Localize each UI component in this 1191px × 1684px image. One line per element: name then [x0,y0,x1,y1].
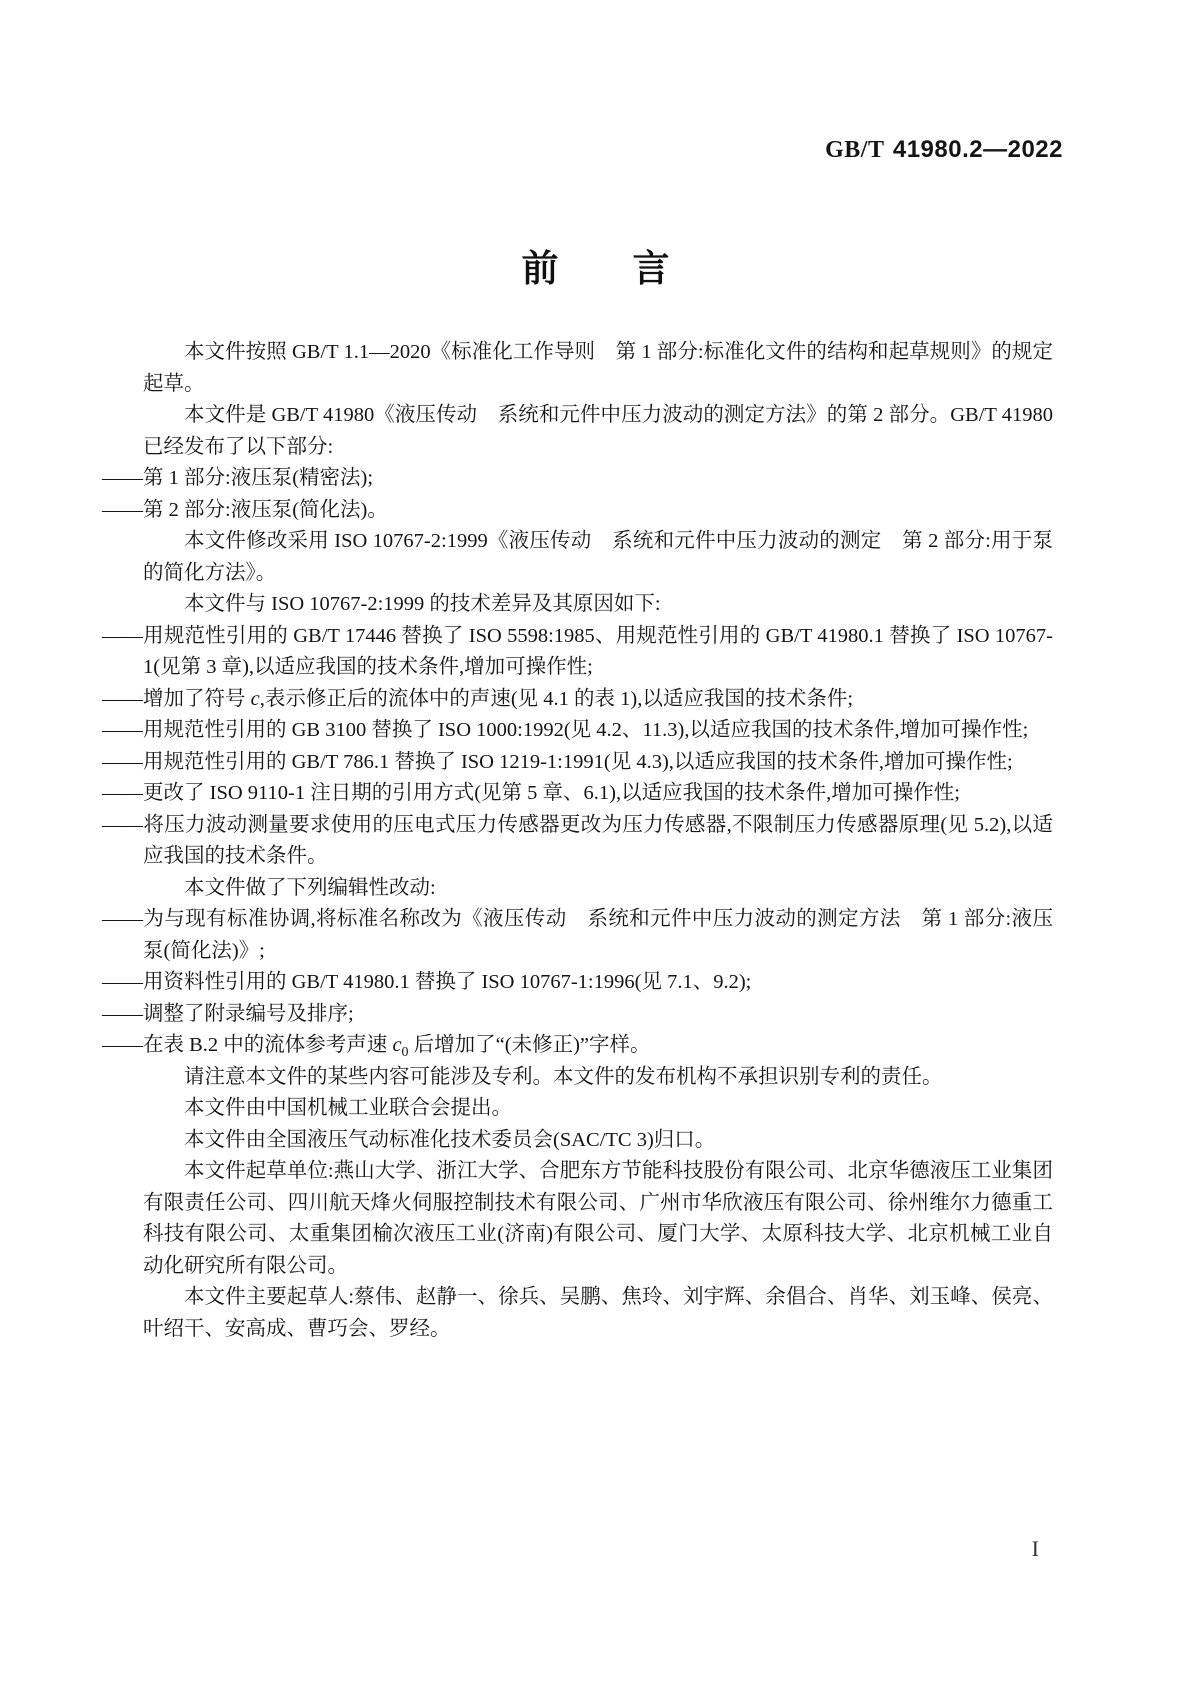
list-item-difference-6: ——将压力波动测量要求使用的压电式压力传感器更改为压力传感器,不限制压力传感器原… [143,810,1053,873]
page-number: I [1032,1536,1039,1562]
dash-marker: —— [102,999,143,1031]
list-item-text: 为与现有标准协调,将标准名称改为《液压传动 系统和元件中压力波动的测定方法 第 … [143,908,1053,962]
list-item-editorial-4: ——在表 B.2 中的流体参考声速 c0 后增加了“(未修正)”字样。 [143,1030,1053,1062]
paragraph-centralized-by: 本文件由全国液压气动标准化技术委员会(SAC/TC 3)归口。 [143,1125,1053,1157]
dash-marker: —— [102,747,143,779]
dash-marker: —— [102,684,143,716]
list-item-editorial-2: ——用资料性引用的 GB/T 41980.1 替换了 ISO 10767-1:1… [143,967,1053,999]
standard-code-number: 41980.2—2022 [893,136,1063,163]
paragraph-iso-adoption: 本文件修改采用 ISO 10767-2:1999《液压传动 系统和元件中压力波动… [143,526,1053,589]
list-item-published-part-1: ——第 1 部分:液压泵(精密法); [143,463,1053,495]
list-item-difference-4: ——用规范性引用的 GB/T 786.1 替换了 ISO 1219-1:1991… [143,747,1053,779]
dash-marker: —— [102,1030,143,1062]
list-item-text: 用资料性引用的 GB/T 41980.1 替换了 ISO 10767-1:199… [143,971,751,993]
dash-marker: —— [102,495,143,527]
list-item-text: 第 2 部分:液压泵(简化法)。 [143,499,388,521]
page-title: 前 言 [0,238,1191,292]
list-item-difference-1: ——用规范性引用的 GB/T 17446 替换了 ISO 5598:1985、用… [143,621,1053,684]
list-item-text: ,表示修正后的流体中的声速(见 4.1 的表 1),以适应我国的技术条件; [260,688,853,710]
dash-marker: —— [102,715,143,747]
list-item-text: 用规范性引用的 GB/T 786.1 替换了 ISO 1219-1:1991(见… [143,751,1013,773]
list-item-text: 增加了符号 [143,688,251,710]
list-item-editorial-3: ——调整了附录编号及排序; [143,999,1053,1031]
dash-marker: —— [102,778,143,810]
symbol-c0: c [392,1034,401,1056]
document-page: GB/T41980.2—2022 前 言 本文件按照 GB/T 1.1—2020… [0,0,1191,1684]
list-item-difference-3: ——用规范性引用的 GB 3100 替换了 ISO 1000:1992(见 4.… [143,715,1053,747]
paragraph-patent-notice: 请注意本文件的某些内容可能涉及专利。本文件的发布机构不承担识别专利的责任。 [143,1062,1053,1094]
list-item-difference-2: ——增加了符号 c,表示修正后的流体中的声速(见 4.1 的表 1),以适应我国… [143,684,1053,716]
dash-marker: —— [102,967,143,999]
symbol-c: c [251,688,260,710]
symbol-c0-subscript: 0 [402,1045,409,1060]
paragraph-editorial-intro: 本文件做了下列编辑性改动: [143,873,1053,905]
list-item-text: 后增加了“(未修正)”字样。 [409,1034,651,1056]
list-item-text: 将压力波动测量要求使用的压电式压力传感器更改为压力传感器,不限制压力传感器原理(… [143,814,1053,868]
paragraph-differences-intro: 本文件与 ISO 10767-2:1999 的技术差异及其原因如下: [143,589,1053,621]
paragraph-drafting-basis: 本文件按照 GB/T 1.1—2020《标准化工作导则 第 1 部分:标准化文件… [143,337,1053,400]
list-item-text: 第 1 部分:液压泵(精密法); [143,467,373,489]
list-item-text: 更改了 ISO 9110-1 注日期的引用方式(见第 5 章、6.1),以适应我… [143,782,960,804]
list-item-text: 在表 B.2 中的流体参考声速 [143,1034,392,1056]
dash-marker: —— [102,810,143,842]
paragraph-chief-drafters: 本文件主要起草人:蔡伟、赵静一、徐兵、吴鹏、焦玲、刘宇辉、余倡合、肖华、刘玉峰、… [143,1282,1053,1345]
list-item-text: 用规范性引用的 GB 3100 替换了 ISO 1000:1992(见 4.2、… [143,719,1028,741]
list-item-difference-5: ——更改了 ISO 9110-1 注日期的引用方式(见第 5 章、6.1),以适… [143,778,1053,810]
dash-marker: —— [102,904,143,936]
list-item-text: 调整了附录编号及排序; [143,1003,354,1025]
document-code: GB/T41980.2—2022 [825,136,1063,164]
dash-marker: —— [102,621,143,653]
paragraph-series-intro: 本文件是 GB/T 41980《液压传动 系统和元件中压力波动的测定方法》的第 … [143,400,1053,463]
foreword-body: 本文件按照 GB/T 1.1—2020《标准化工作导则 第 1 部分:标准化文件… [143,337,1053,1345]
list-item-text: 用规范性引用的 GB/T 17446 替换了 ISO 5598:1985、用规范… [143,625,1053,679]
paragraph-proposed-by: 本文件由中国机械工业联合会提出。 [143,1093,1053,1125]
list-item-editorial-1: ——为与现有标准协调,将标准名称改为《液压传动 系统和元件中压力波动的测定方法 … [143,904,1053,967]
list-item-published-part-2: ——第 2 部分:液压泵(简化法)。 [143,495,1053,527]
standard-code-prefix: GB/T [825,137,884,163]
dash-marker: —— [102,463,143,495]
paragraph-drafting-organizations: 本文件起草单位:燕山大学、浙江大学、合肥东方节能科技股份有限公司、北京华德液压工… [143,1156,1053,1282]
